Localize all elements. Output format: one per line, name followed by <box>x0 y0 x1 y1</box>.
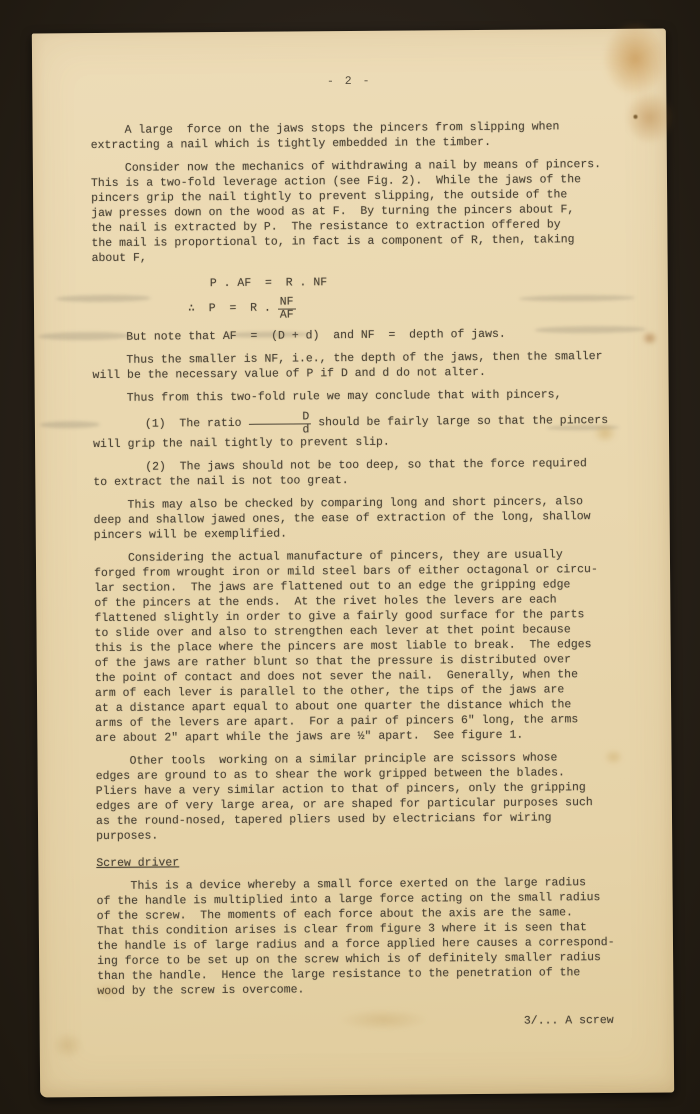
fraction-d-d: Dd <box>248 412 311 435</box>
paragraph-other-tools: Other tools working on a similar princip… <box>95 750 628 844</box>
formula-moments: P . AF = R . NF <box>210 273 624 291</box>
paragraph-checked: This may also be checked by comparing lo… <box>93 494 625 543</box>
fraction-denominator: AF <box>278 309 296 320</box>
paragraph-screw-driver: This is a device whereby a small force e… <box>96 875 629 999</box>
smudge-mark <box>534 326 646 334</box>
stain <box>642 332 657 345</box>
fraction-nf-af: NFAF <box>278 297 296 320</box>
paragraph-smaller-nf: Thus the smaller is NF, i.e., the depth … <box>92 349 624 383</box>
list-item-1-pre: (1) The ratio <box>145 417 249 431</box>
formula-therefore-pre: ∴ P = R . <box>188 302 278 316</box>
fraction-numerator: D <box>248 412 311 424</box>
stain <box>603 749 623 765</box>
paragraph-two-fold-rule: Thus from this two-fold rule we may conc… <box>93 387 625 406</box>
paragraph-manufacture: Considering the actual manufacture of pi… <box>94 547 628 746</box>
page-number: - 2 - <box>32 73 666 91</box>
section-heading-screw-driver: Screw driver <box>96 852 628 871</box>
list-item-2: (2) The jaws should not be too deep, so … <box>93 456 625 490</box>
stain-speck <box>633 115 637 119</box>
stain <box>624 90 674 144</box>
paragraph-mechanics: Consider now the mechanics of withdrawin… <box>91 157 624 266</box>
paragraph-large-force: A large force on the jaws stops the pinc… <box>91 119 623 153</box>
list-item-1: (1) The ratio Dd should be fairly large … <box>93 410 625 452</box>
document-page: - 2 - A large force on the jaws stops th… <box>32 29 674 1098</box>
page-content: A large force on the jaws stops the pinc… <box>91 119 630 1032</box>
stain <box>593 423 617 443</box>
stain <box>602 21 669 98</box>
stain <box>52 1031 84 1059</box>
smudge-mark <box>40 421 100 428</box>
fraction-denominator: d <box>248 424 311 435</box>
